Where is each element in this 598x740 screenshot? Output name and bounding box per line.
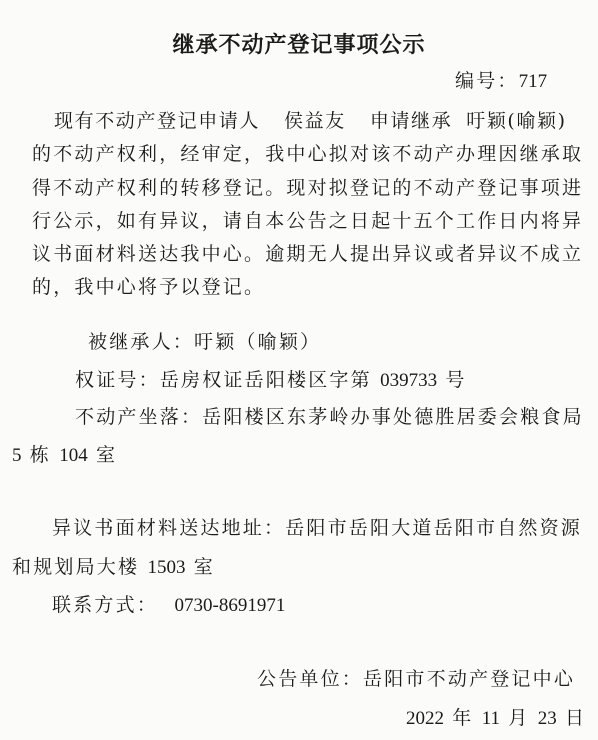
decedent-label: 被继承人：: [88, 331, 194, 353]
serial-value: 717: [519, 71, 548, 92]
date-month: 11: [482, 708, 500, 729]
decedent-row: 被继承人：吁颖（喻颖）: [88, 327, 321, 354]
objection-address-continued: 和规划局大楼 1503 室: [12, 552, 215, 579]
paragraph-line-3: 得不动产权利的转移登记。现对拟登记的不动产登记事项进: [32, 173, 583, 200]
room-unit: 室: [96, 444, 117, 466]
building-unit: 栋: [30, 444, 51, 466]
issue-date: 2022 年 11 月 23 日: [406, 703, 586, 730]
certificate-row: 权证号：岳房权证岳阳楼区字第 039733 号: [75, 365, 467, 392]
paragraph-line-1: 现有不动产登记申请人侯益友申请继承吁颖(喻颖): [54, 106, 567, 133]
issuer-row: 公告单位：岳阳市不动产登记中心: [257, 664, 575, 691]
date-unit: 日: [565, 707, 586, 729]
room-number: 104: [59, 445, 88, 466]
date-unit: 月: [508, 707, 529, 729]
applicant-name: 侯益友: [284, 110, 346, 132]
paragraph-line-6: 的，我中心将予以登记。: [32, 272, 265, 299]
certificate-label: 权证号：: [75, 369, 160, 391]
paragraph-line-2: 的不动产权利，经审定，我中心拟对该不动产办理因继承取: [32, 139, 583, 166]
paragraph-text: 申请继承: [370, 110, 452, 132]
objection-address-row: 异议书面材料送达地址：岳阳市岳阳大道岳阳市自然资源: [52, 513, 582, 540]
certificate-number: 039733: [380, 370, 437, 391]
document-title: 继承不动产登记事项公示: [0, 28, 598, 59]
certificate-suffix: 号: [445, 369, 466, 391]
decedent-inline: 吁颖(喻颖): [466, 110, 566, 132]
objection-address-label: 异议书面材料送达地址：: [52, 517, 285, 539]
location-row-continued: 5 栋 104 室: [12, 440, 117, 467]
date-year: 2022: [406, 708, 444, 729]
serial-number: 编号：717: [455, 66, 547, 93]
paragraph-line-5: 议书面材料送达我中心。逾期无人提出异议或者异议不成立: [32, 239, 583, 266]
location-row: 不动产坐落：岳阳楼区东茅岭办事处德胜居委会粮食局: [75, 402, 584, 429]
certificate-prefix: 岳房权证岳阳楼区字第: [160, 369, 372, 391]
date-day: 23: [538, 708, 557, 729]
location-value: 岳阳楼区东茅岭办事处德胜居委会粮食局: [202, 406, 584, 428]
decedent-value: 吁颖（喻颖）: [194, 331, 321, 353]
contact-label: 联系方式：: [52, 594, 158, 616]
issuer-label: 公告单位：: [257, 668, 363, 690]
issuer-value: 岳阳市不动产登记中心: [363, 668, 575, 690]
contact-row: 联系方式： 0730-8691971: [52, 590, 285, 617]
date-unit: 年: [452, 707, 473, 729]
room-number: 1503: [147, 557, 185, 578]
paragraph-line-4: 行公示，如有异议，请自本公告之日起十五个工作日内将异: [32, 206, 583, 233]
building-number: 5: [12, 445, 22, 466]
location-label: 不动产坐落：: [75, 406, 202, 428]
paragraph-text: 现有不动产登记申请人: [54, 110, 260, 132]
objection-address-value: 岳阳市岳阳大道岳阳市自然资源: [285, 517, 582, 539]
contact-phone: 0730-8691971: [175, 595, 286, 616]
serial-label: 编号：: [455, 70, 519, 92]
address-text: 和规划局大楼: [12, 556, 139, 578]
room-unit: 室: [194, 556, 215, 578]
